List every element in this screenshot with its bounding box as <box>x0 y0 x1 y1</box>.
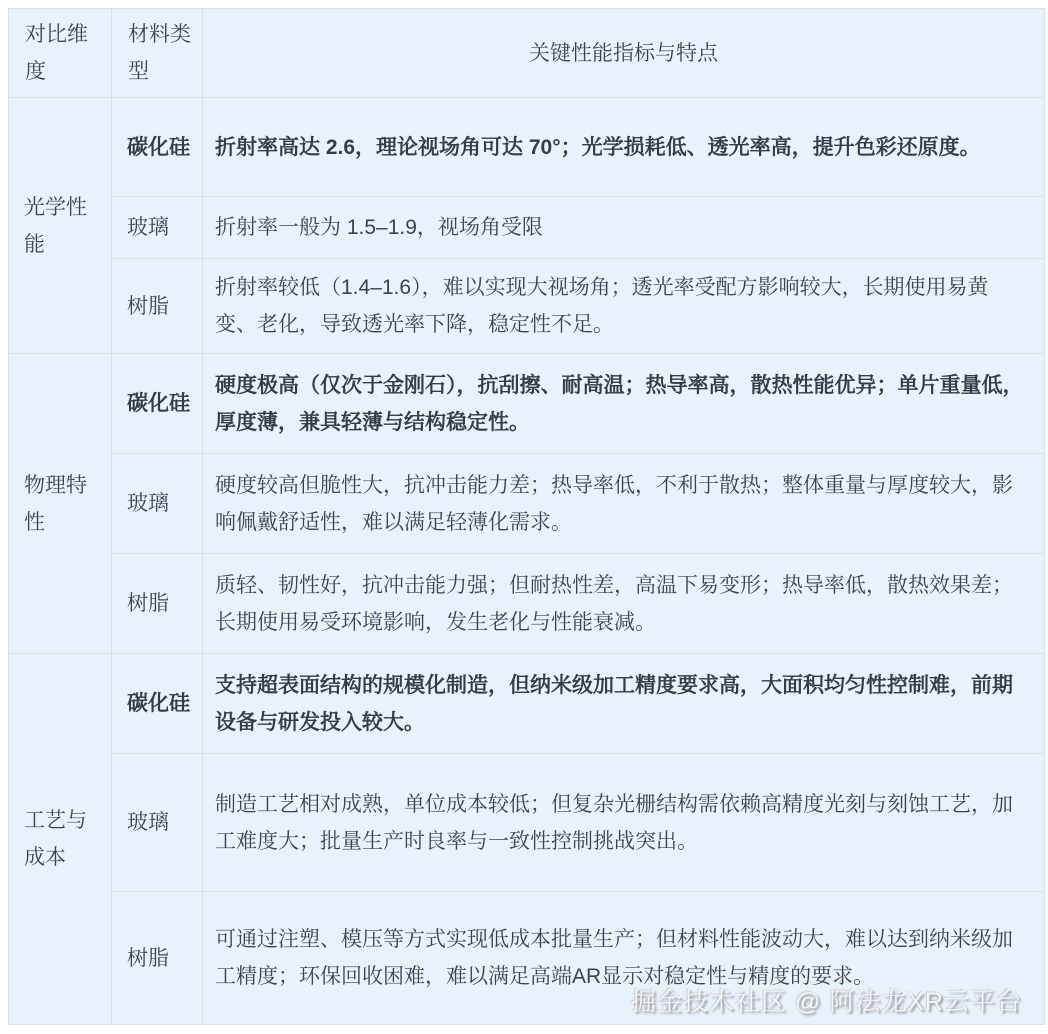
feature-cell: 可通过注塑、模压等方式实现低成本批量生产；但材料性能波动大，难以达到纳米级加工精… <box>203 892 1045 1025</box>
material-cell: 碳化硅 <box>112 654 203 754</box>
feature-cell: 制造工艺相对成熟，单位成本较低；但复杂光栅结构需依赖高精度光刻与刻蚀工艺，加工难… <box>203 754 1045 892</box>
material-cell: 玻璃 <box>112 197 203 259</box>
header-material-type: 材料类型 <box>112 9 203 98</box>
feature-cell: 硬度极高（仅次于金刚石），抗刮擦、耐高温；热导率高，散热性能优异；单片重量低，厚… <box>203 354 1045 454</box>
table-row: 树脂 可通过注塑、模压等方式实现低成本批量生产；但材料性能波动大，难以达到纳米级… <box>9 892 1045 1025</box>
feature-cell: 质轻、韧性好，抗冲击能力强；但耐热性差，高温下易变形；热导率低，散热效果差；长期… <box>203 554 1045 654</box>
dimension-cell-optical: 光学性能 <box>9 98 112 354</box>
dimension-cell-physical: 物理特性 <box>9 354 112 654</box>
table-row: 物理特性 碳化硅 硬度极高（仅次于金刚石），抗刮擦、耐高温；热导率高，散热性能优… <box>9 354 1045 454</box>
material-comparison-table: 对比维度 材料类型 关键性能指标与特点 光学性能 碳化硅 折射率高达 2.6，理… <box>8 8 1045 1025</box>
material-cell: 碳化硅 <box>112 354 203 454</box>
material-cell: 树脂 <box>112 892 203 1025</box>
table-row: 玻璃 硬度较高但脆性大，抗冲击能力差；热导率低，不利于散热；整体重量与厚度较大，… <box>9 454 1045 554</box>
material-cell: 玻璃 <box>112 454 203 554</box>
table-row: 树脂 折射率较低（1.4–1.6），难以实现大视场角；透光率受配方影响较大，长期… <box>9 259 1045 354</box>
table-row: 玻璃 折射率一般为 1.5–1.9，视场角受限 <box>9 197 1045 259</box>
table-row: 玻璃 制造工艺相对成熟，单位成本较低；但复杂光栅结构需依赖高精度光刻与刻蚀工艺，… <box>9 754 1045 892</box>
feature-cell: 折射率高达 2.6，理论视场角可达 70°；光学损耗低、透光率高，提升色彩还原度… <box>203 98 1045 197</box>
material-cell: 树脂 <box>112 259 203 354</box>
material-cell: 玻璃 <box>112 754 203 892</box>
feature-cell: 折射率较低（1.4–1.6），难以实现大视场角；透光率受配方影响较大，长期使用易… <box>203 259 1045 354</box>
table-header-row: 对比维度 材料类型 关键性能指标与特点 <box>9 9 1045 98</box>
comparison-table-container: 对比维度 材料类型 关键性能指标与特点 光学性能 碳化硅 折射率高达 2.6，理… <box>8 8 1044 1025</box>
table-row: 树脂 质轻、韧性好，抗冲击能力强；但耐热性差，高温下易变形；热导率低，散热效果差… <box>9 554 1045 654</box>
feature-cell: 折射率一般为 1.5–1.9，视场角受限 <box>203 197 1045 259</box>
table-row: 工艺与成本 碳化硅 支持超表面结构的规模化制造，但纳米级加工精度要求高，大面积均… <box>9 654 1045 754</box>
feature-cell: 硬度较高但脆性大，抗冲击能力差；热导率低，不利于散热；整体重量与厚度较大，影响佩… <box>203 454 1045 554</box>
header-dimension: 对比维度 <box>9 9 112 98</box>
material-cell: 碳化硅 <box>112 98 203 197</box>
table-row: 光学性能 碳化硅 折射率高达 2.6，理论视场角可达 70°；光学损耗低、透光率… <box>9 98 1045 197</box>
dimension-cell-process-cost: 工艺与成本 <box>9 654 112 1025</box>
feature-cell: 支持超表面结构的规模化制造，但纳米级加工精度要求高，大面积均匀性控制难，前期设备… <box>203 654 1045 754</box>
material-cell: 树脂 <box>112 554 203 654</box>
header-key-metrics: 关键性能指标与特点 <box>203 9 1045 98</box>
